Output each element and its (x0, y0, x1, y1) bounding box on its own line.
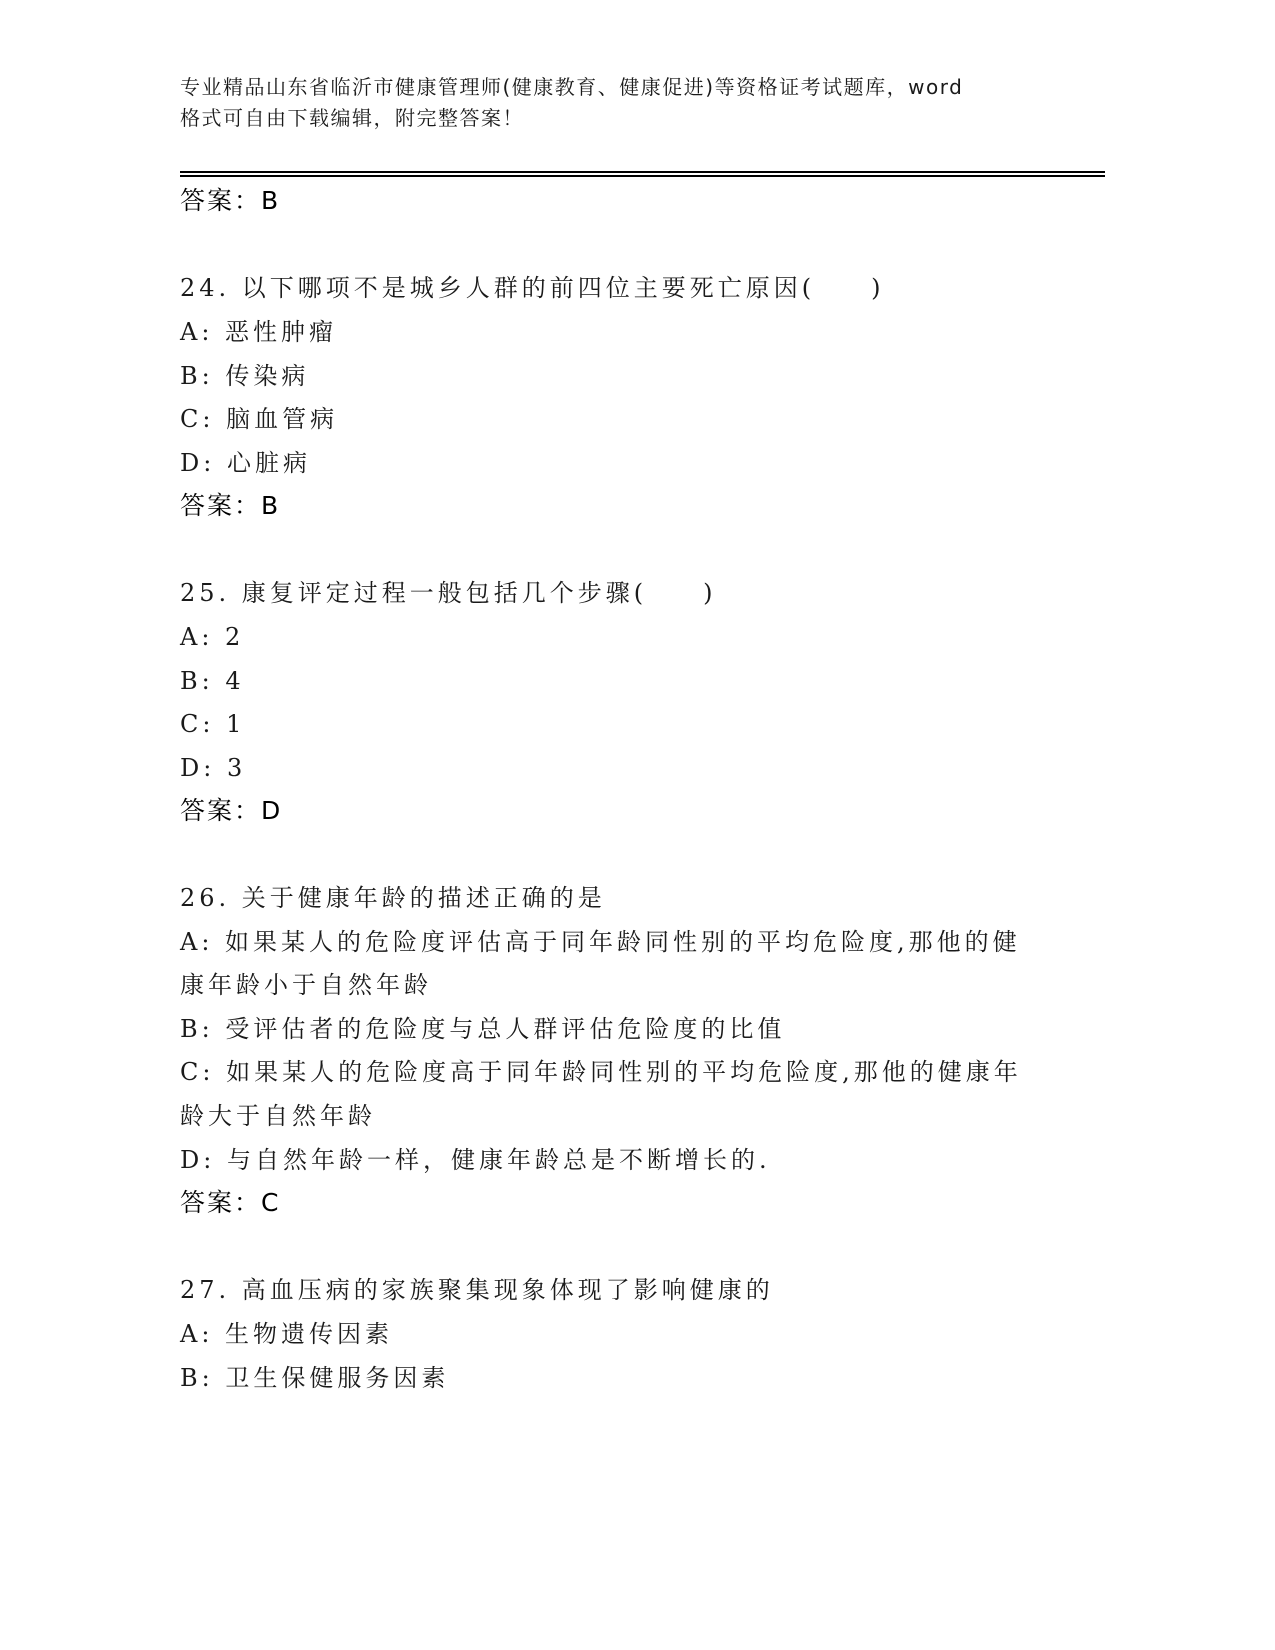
document-header: 专业精品山东省临沂市健康管理师(健康教育、健康促进)等资格证考试题库，word … (180, 72, 1060, 134)
option-c-continued: 龄大于自然年龄 (180, 1101, 376, 1131)
option-b: B: 卫生保健服务因素 (180, 1363, 449, 1393)
document-page: 专业精品山东省临沂市健康管理师(健康教育、健康促进)等资格证考试题库，word … (0, 0, 1275, 1650)
previous-answer: 答案：B (180, 186, 280, 216)
option-a: A: 如果某人的危险度评估高于同年龄同性别的平均危险度,那他的健 (180, 927, 1021, 957)
answer: 答案：B (180, 491, 280, 521)
option-c: C: 脑血管病 (180, 404, 338, 434)
option-a: A: 2 (180, 622, 244, 652)
option-c: C: 1 (180, 709, 245, 739)
option-d: D: 心脏病 (180, 448, 311, 478)
question-stem: 24. 以下哪项不是城乡人群的前四位主要死亡原因( ) (180, 273, 885, 303)
option-a: A: 生物遗传因素 (180, 1319, 393, 1349)
header-line-1: 专业精品山东省临沂市健康管理师(健康教育、健康促进)等资格证考试题库，word (180, 72, 1060, 103)
question-stem: 27. 高血压病的家族聚集现象体现了影响健康的 (180, 1275, 774, 1305)
header-divider-bottom (180, 175, 1105, 177)
option-a-continued: 康年龄小于自然年龄 (180, 970, 432, 1000)
option-c: C: 如果某人的危险度高于同年龄同性别的平均危险度,那他的健康年 (180, 1057, 1022, 1087)
question-stem: 25. 康复评定过程一般包括几个步骤( ) (180, 578, 717, 608)
header-divider-top (180, 171, 1105, 173)
answer: 答案：C (180, 1188, 280, 1218)
option-b: B: 传染病 (180, 361, 309, 391)
option-d: D: 3 (180, 753, 246, 783)
option-d: D: 与自然年龄一样，健康年龄总是不断增长的. (180, 1145, 771, 1175)
option-a: A: 恶性肿瘤 (180, 317, 337, 347)
option-b: B: 受评估者的危险度与总人群评估危险度的比值 (180, 1014, 785, 1044)
header-line-2: 格式可自由下载编辑，附完整答案！ (180, 103, 1060, 134)
question-stem: 26. 关于健康年龄的描述正确的是 (180, 883, 606, 913)
answer: 答案：D (180, 796, 282, 826)
option-b: B: 4 (180, 666, 245, 696)
